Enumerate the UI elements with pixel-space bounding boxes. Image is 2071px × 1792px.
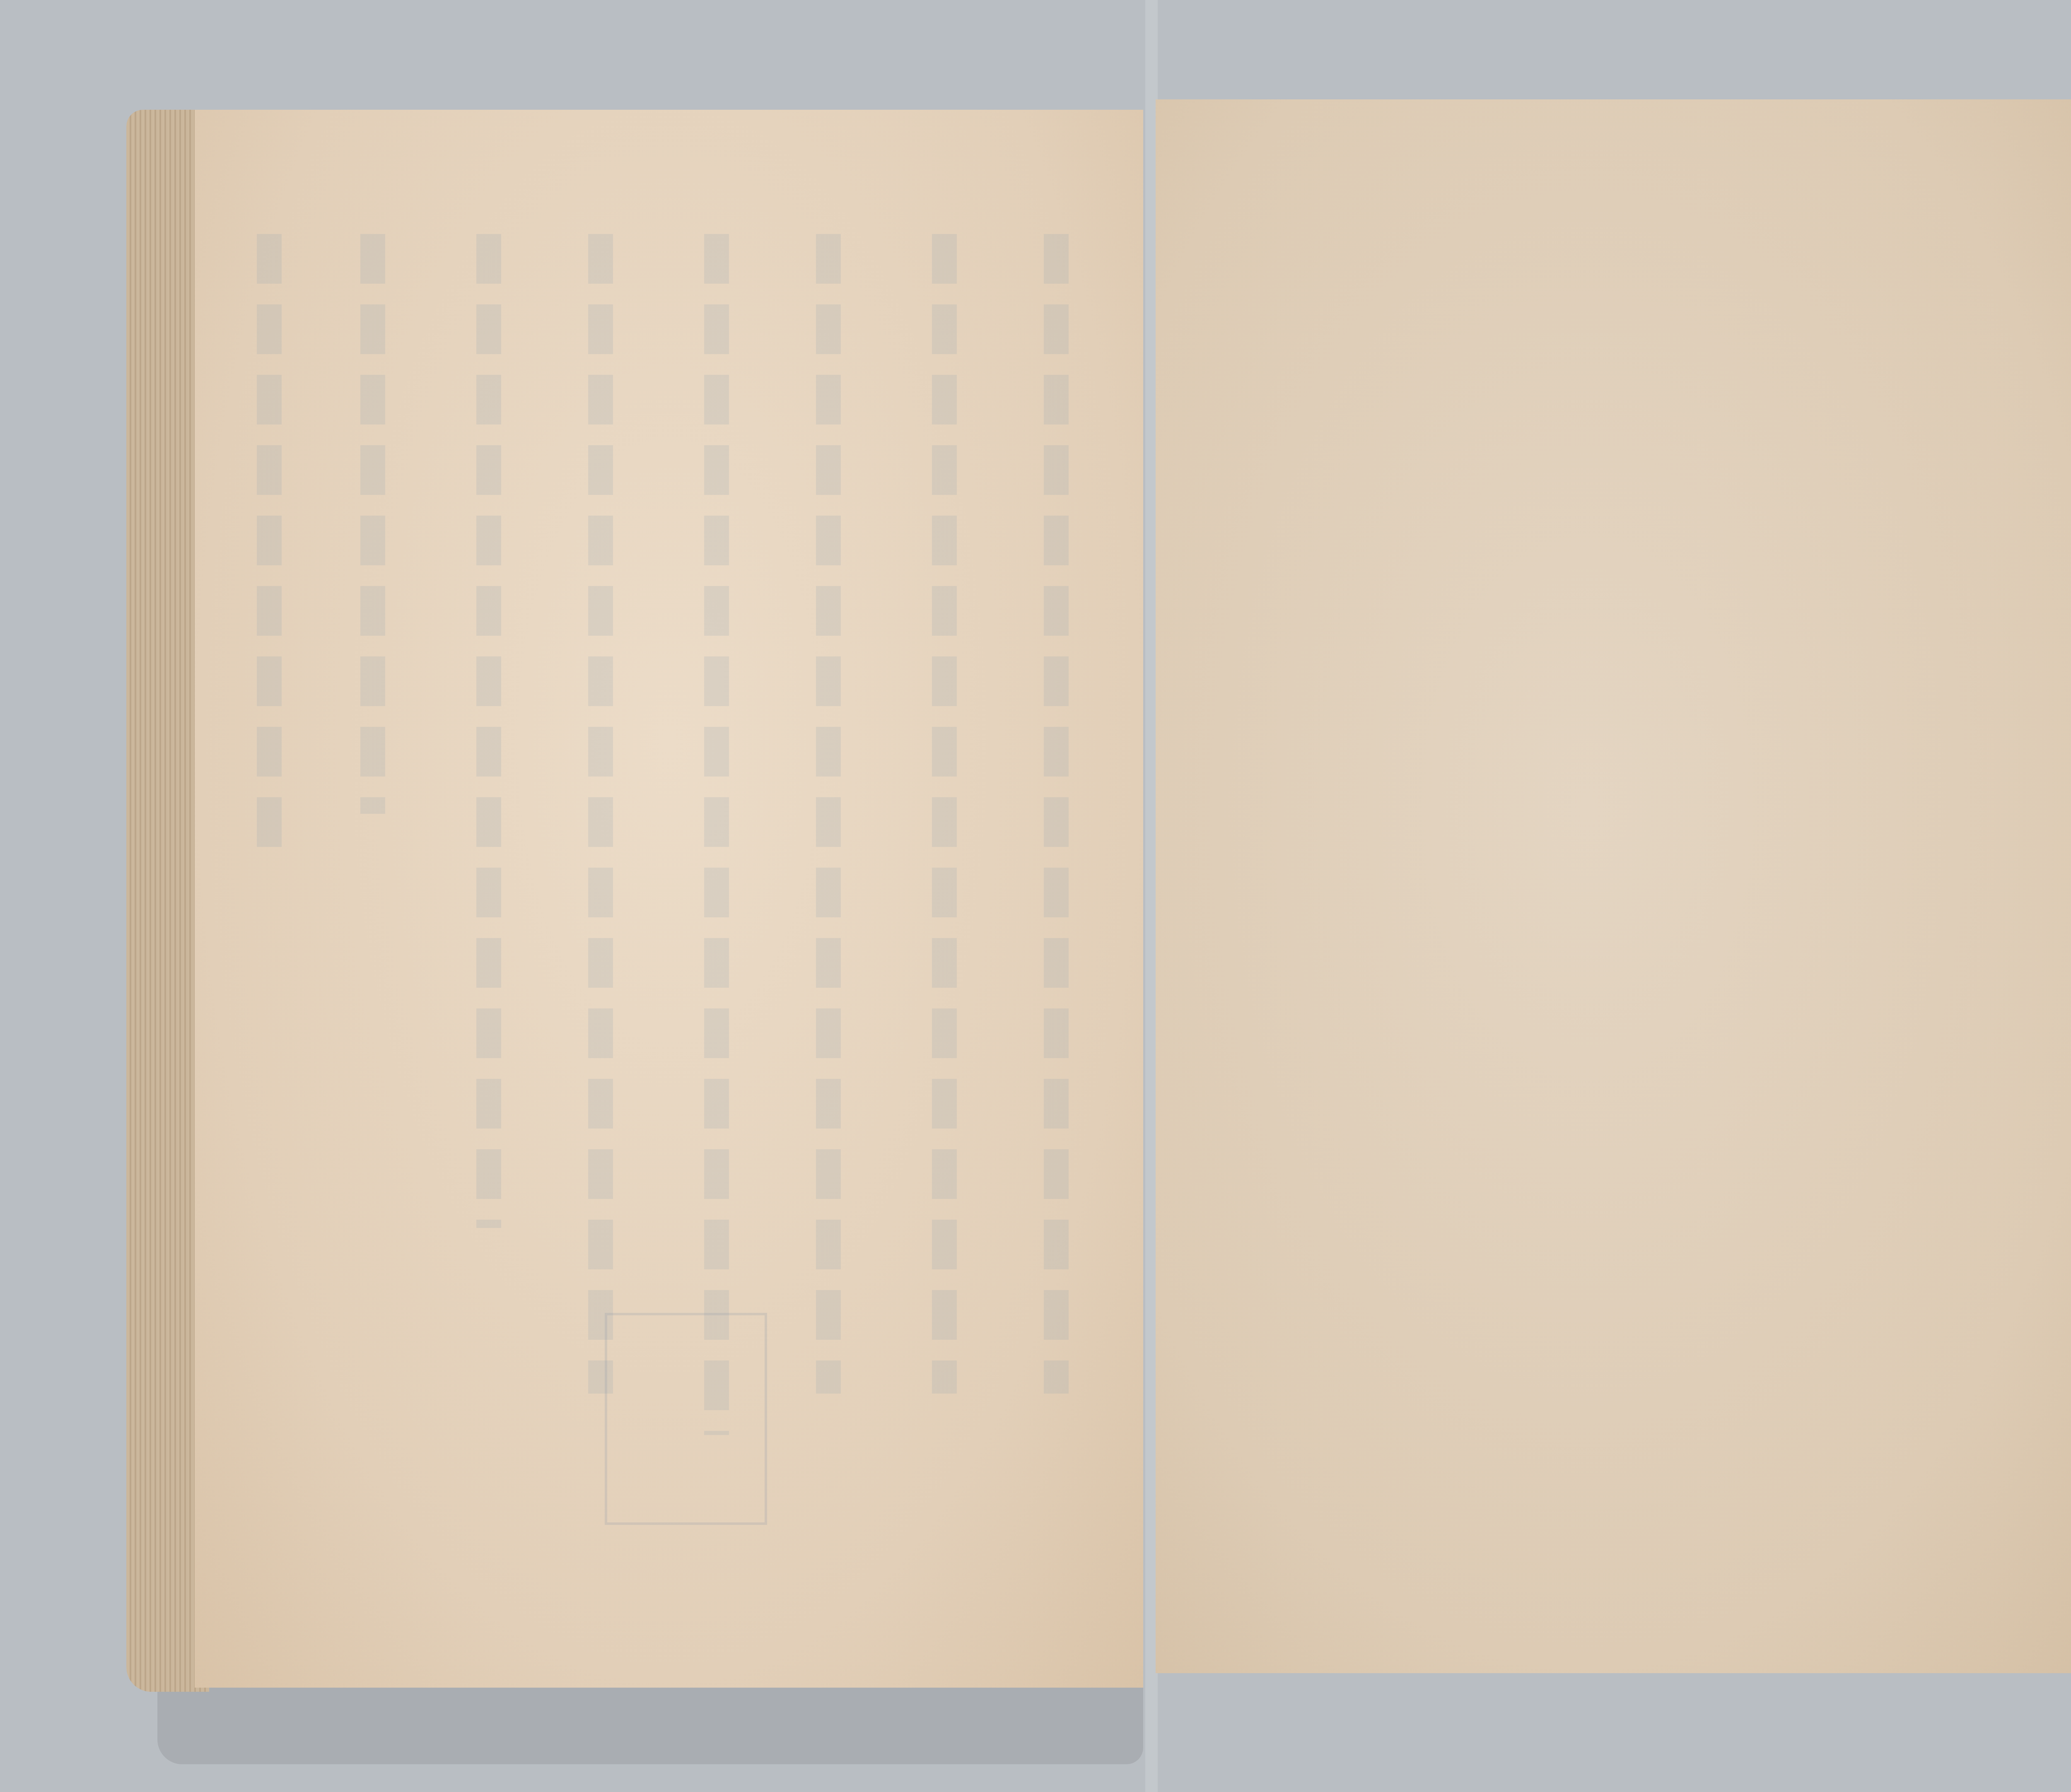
show-through-column bbox=[1044, 234, 1069, 1394]
show-through-column bbox=[588, 234, 613, 1394]
right-page bbox=[1156, 99, 2071, 1673]
show-through-column bbox=[704, 234, 729, 1435]
show-through-column bbox=[816, 234, 841, 1394]
show-through-column bbox=[257, 234, 282, 855]
book-cover-shadow bbox=[157, 1681, 1143, 1764]
show-through-column bbox=[360, 234, 385, 814]
show-through-column bbox=[476, 234, 501, 1228]
show-through-column bbox=[932, 234, 957, 1394]
show-through-seal-frame bbox=[605, 1313, 767, 1525]
